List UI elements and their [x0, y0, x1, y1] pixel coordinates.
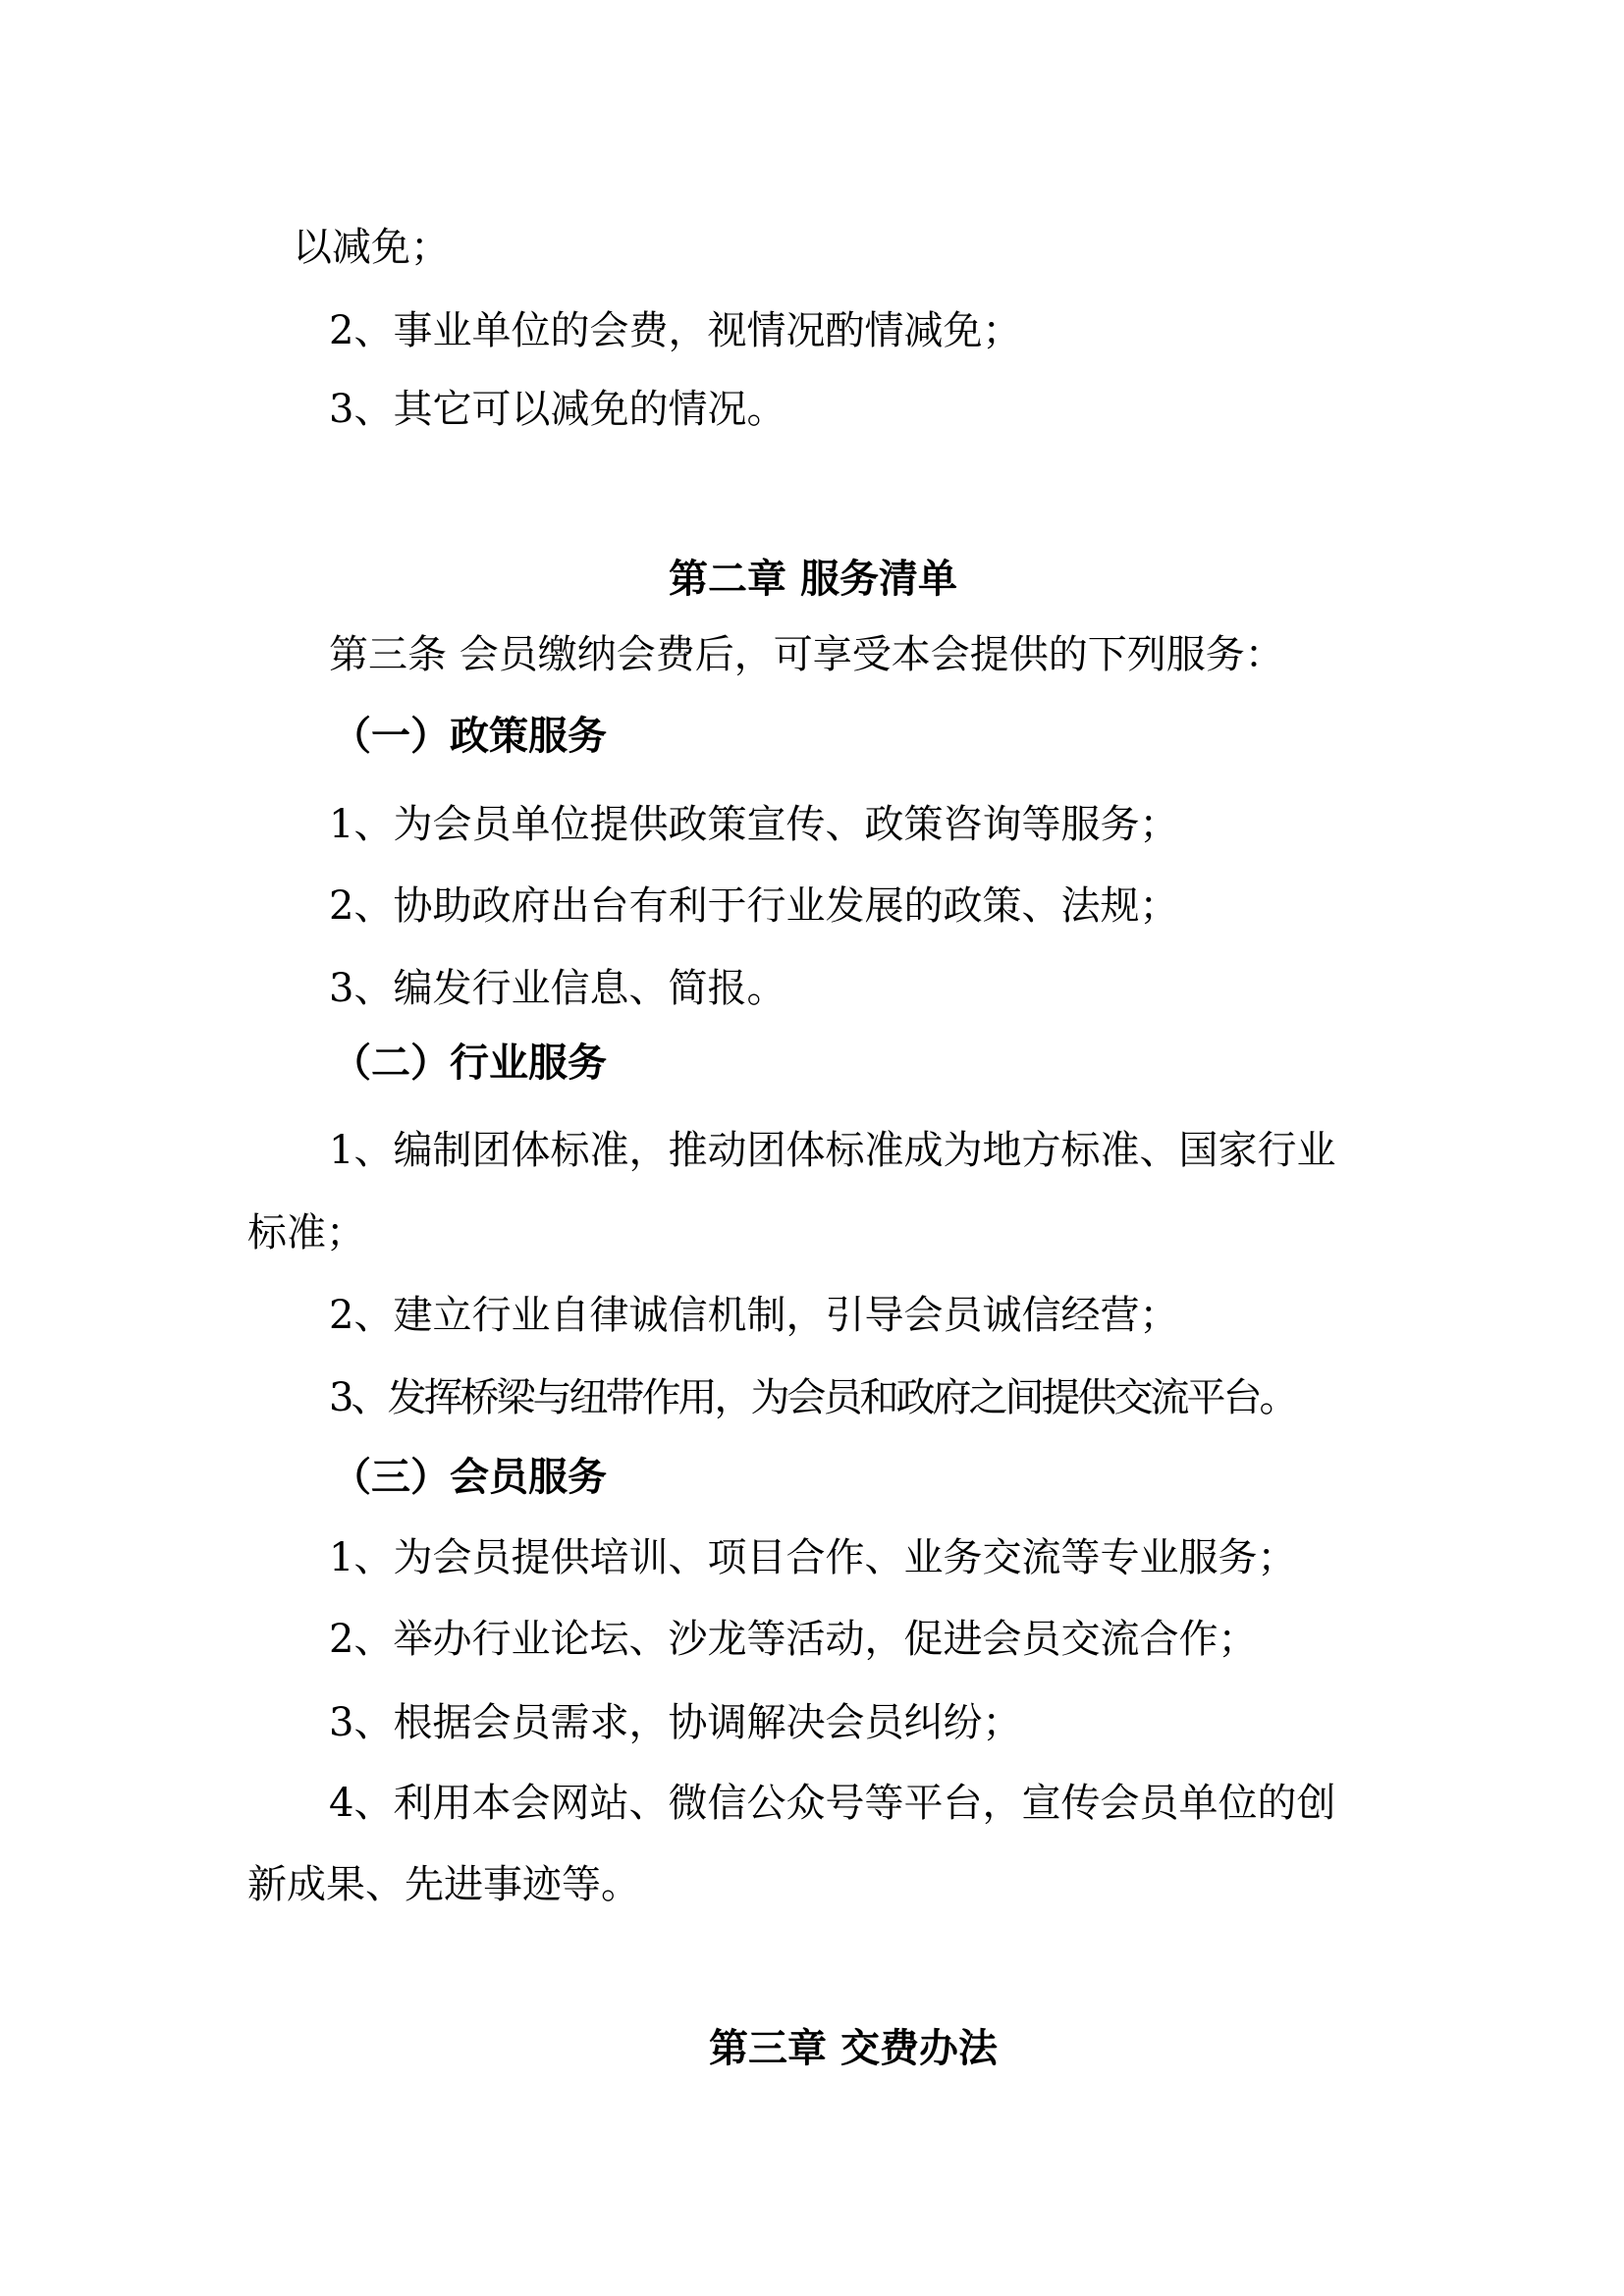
- fee-reduction-item-3: 3、其它可以减免的情况。: [329, 380, 1468, 439]
- industry-item-1: 1、编制团体标准，推动团体标准成为地方标准、国家行业: [329, 1121, 1468, 1180]
- chapter-2-title: 第二章 服务清单: [518, 550, 1108, 609]
- policy-item-2: 2、协助政府出台有利于行业发展的政策、法规；: [329, 877, 1468, 935]
- article-3: 第三条 会员缴纳会费后，可享受本会提供的下列服务：: [329, 625, 1468, 684]
- document-page: 以减免； 2、事业单位的会费，视情况酌情减免； 3、其它可以减免的情况。 第二章…: [0, 0, 1624, 2296]
- policy-item-3: 3、编发行业信息、简报。: [329, 959, 1468, 1018]
- section-heading-policy: （一）政策服务: [332, 707, 1471, 766]
- member-item-4: 4、利用本会网站、微信公众号等平台，宣传会员单位的创: [329, 1774, 1468, 1833]
- section-heading-industry: （二）行业服务: [332, 1034, 1471, 1093]
- member-item-1: 1、为会员提供培训、项目合作、业务交流等专业服务；: [329, 1528, 1468, 1587]
- member-item-2: 2、举办行业论坛、沙龙等活动，促进会员交流合作；: [329, 1610, 1468, 1669]
- industry-item-3: 3、发挥桥梁与纽带作用，为会员和政府之间提供交流平台。: [329, 1368, 1468, 1427]
- carryover-line: 以减免；: [293, 218, 1432, 277]
- member-item-4-continued: 新成果、先进事迹等。: [247, 1855, 1386, 1914]
- section-heading-member: （三）会员服务: [332, 1448, 1471, 1507]
- industry-item-2: 2、建立行业自律诚信机制，引导会员诚信经营；: [329, 1286, 1468, 1345]
- chapter-3-title: 第三章 交费办法: [559, 2019, 1148, 2078]
- policy-item-1: 1、为会员单位提供政策宣传、政策咨询等服务；: [329, 795, 1468, 854]
- member-item-3: 3、根据会员需求，协调解决会员纠纷；: [329, 1693, 1468, 1752]
- fee-reduction-item-2: 2、事业单位的会费，视情况酌情减免；: [329, 301, 1468, 360]
- industry-item-1-continued: 标准；: [247, 1203, 1386, 1262]
